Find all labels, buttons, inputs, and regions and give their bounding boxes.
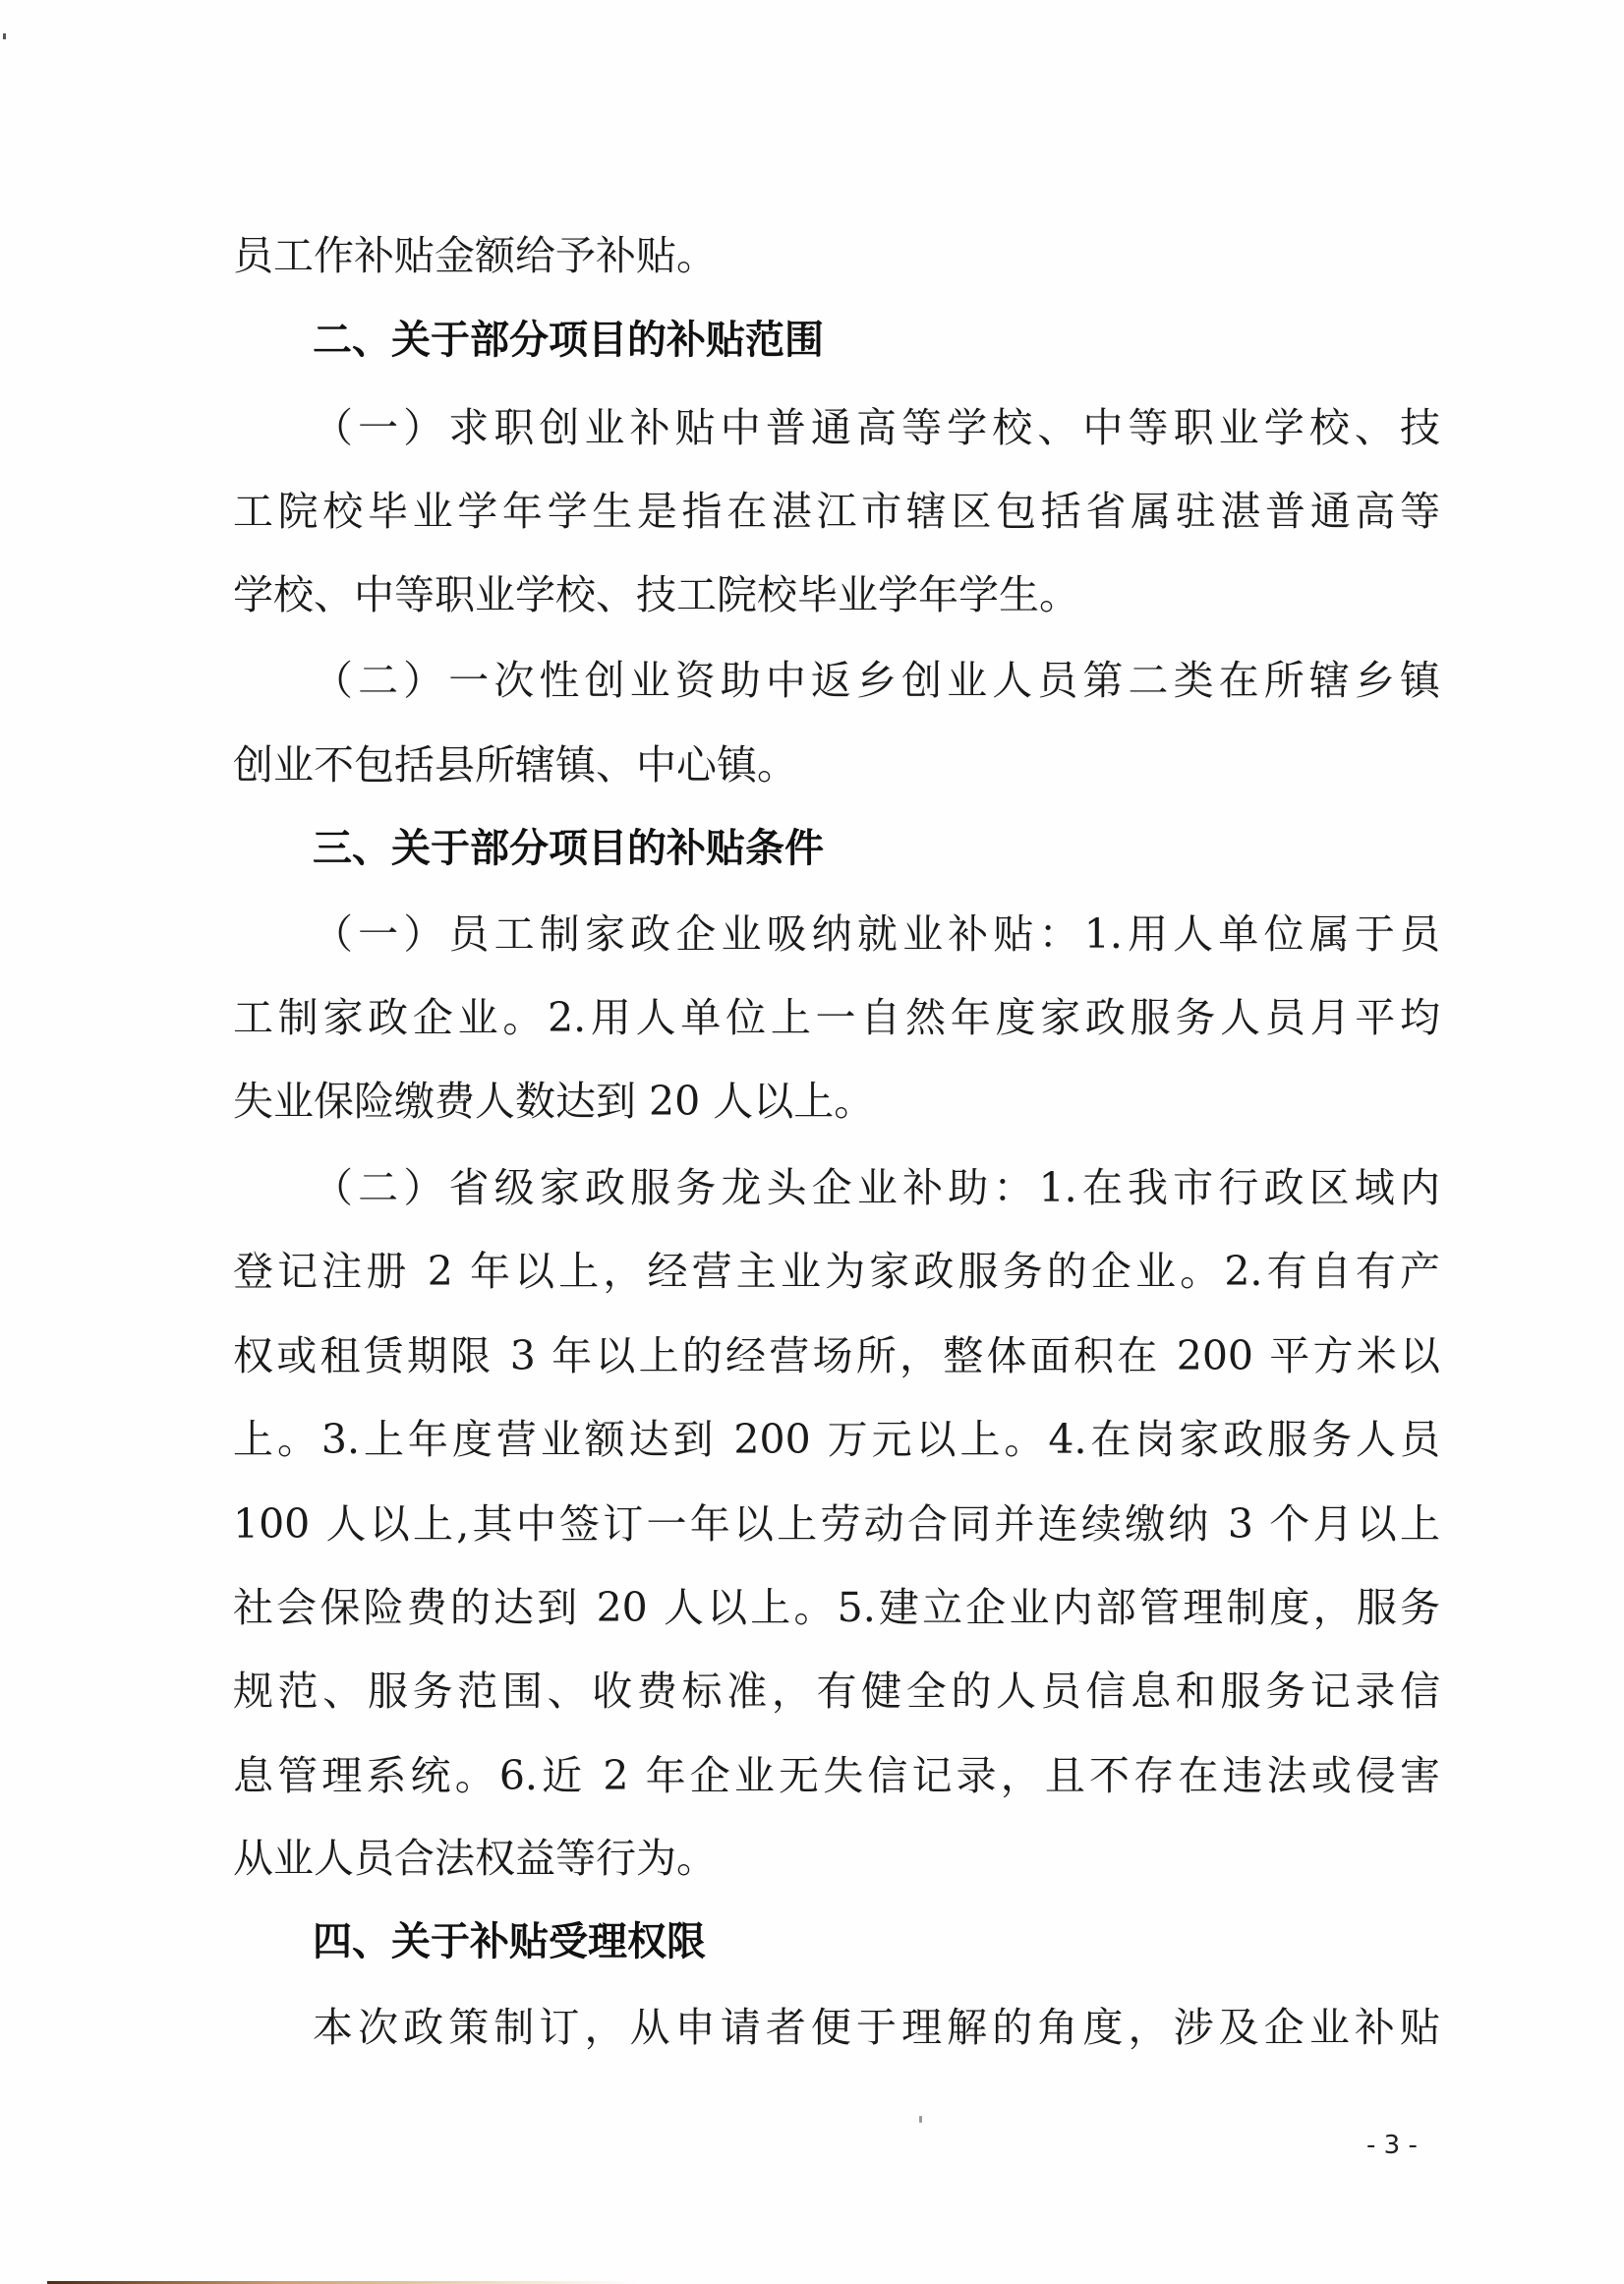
- paragraph-line: 工制家政企业。2.用人单位上一自然年度家政服务人员月平均: [233, 988, 1440, 1047]
- paragraph-line: （二）一次性创业资助中返乡创业人员第二类在所辖乡镇: [313, 651, 1440, 710]
- paragraph-line: 上。3.上年度营业额达到 200 万元以上。4.在岗家政服务人员: [233, 1410, 1440, 1469]
- paragraph-line: （二）省级家政服务龙头企业补助：1.在我市行政区域内: [313, 1158, 1440, 1217]
- document-page: 员工作补贴金额给予补贴。二、关于部分项目的补贴范围（一）求职创业补贴中普通高等学…: [0, 0, 1624, 2284]
- section-heading: 二、关于部分项目的补贴范围: [313, 311, 1440, 370]
- paragraph-line: 从业人员合法权益等行为。: [233, 1829, 1440, 1888]
- scan-speck: [919, 2116, 922, 2123]
- section-heading: 四、关于补贴受理权限: [313, 1912, 1440, 1971]
- paragraph-line: 本次政策制订，从申请者便于理解的角度，涉及企业补贴: [313, 1998, 1440, 2057]
- paragraph-line: 登记注册 2 年以上，经营主业为家政服务的企业。2.有自有产: [233, 1242, 1440, 1301]
- paragraph-line: 员工作补贴金额给予补贴。: [233, 226, 1440, 285]
- paragraph-line: 失业保险缴费人数达到 20 人以上。: [233, 1072, 1440, 1131]
- page-number: - 3 -: [1366, 2131, 1418, 2160]
- paragraph-line: 创业不包括县所辖镇、中心镇。: [233, 735, 1440, 794]
- paragraph-line: （一）员工制家政企业吸纳就业补贴：1.用人单位属于员: [313, 905, 1440, 964]
- scan-edge-mark: [3, 33, 6, 39]
- paragraph-line: 学校、中等职业学校、技工院校毕业学年学生。: [233, 565, 1440, 624]
- paragraph-line: 规范、服务范围、收费标准，有健全的人员信息和服务记录信: [233, 1662, 1440, 1721]
- paragraph-line: 息管理系统。6.近 2 年企业无失信记录，且不存在违法或侵害: [233, 1746, 1440, 1805]
- paragraph-line: 权或租赁期限 3 年以上的经营场所，整体面积在 200 平方米以: [233, 1326, 1440, 1385]
- paragraph-line: 工院校毕业学年学生是指在湛江市辖区包括省属驻湛普通高等: [233, 482, 1440, 541]
- section-heading: 三、关于部分项目的补贴条件: [313, 819, 1440, 878]
- paragraph-line: 社会保险费的达到 20 人以上。5.建立企业内部管理制度，服务: [233, 1578, 1440, 1637]
- paragraph-line: （一）求职创业补贴中普通高等学校、中等职业学校、技: [313, 398, 1440, 457]
- paragraph-line: 100 人以上,其中签订一年以上劳动合同并连续缴纳 3 个月以上: [233, 1494, 1440, 1553]
